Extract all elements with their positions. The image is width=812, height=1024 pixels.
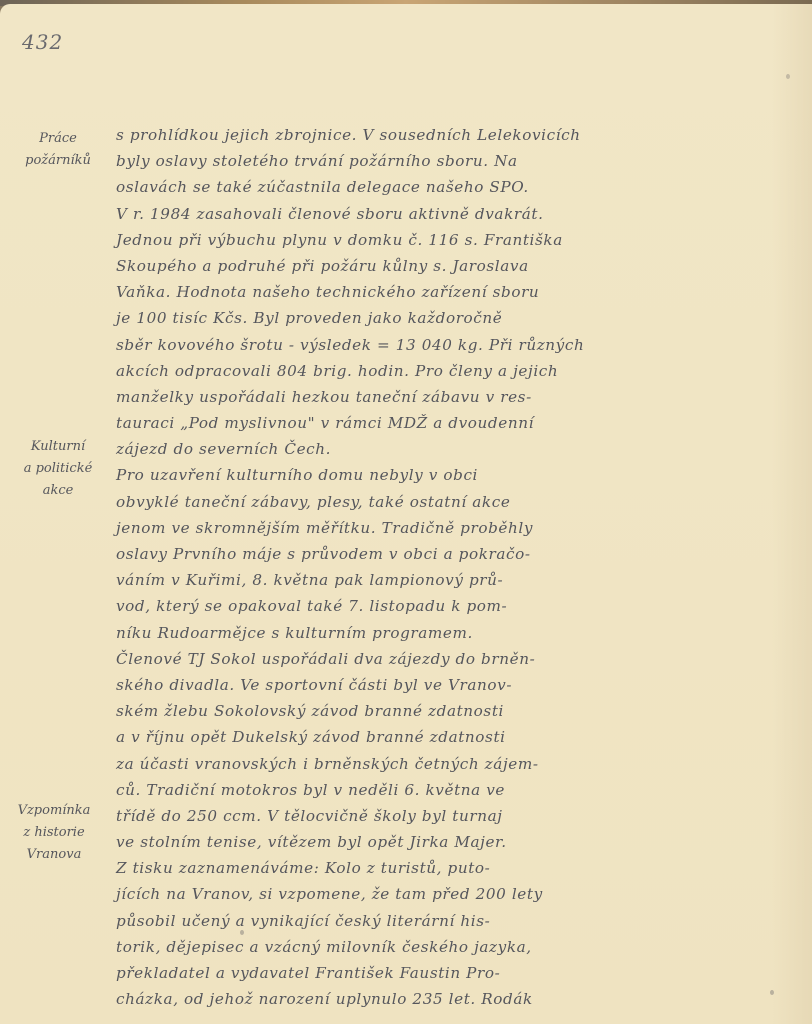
margin-note-prace-pozarniku: Práce požárníků (8, 128, 108, 172)
paper-spot (786, 74, 790, 79)
text-line: byly oslavy stoletého trvání požárního s… (116, 148, 716, 174)
text-line: torik, dějepisec a vzácný milovník české… (116, 934, 716, 960)
page-number: 432 (22, 30, 63, 54)
margin-note-line: akce (8, 480, 108, 502)
paper-spot (240, 930, 244, 935)
text-line: Vaňka. Hodnota našeho technického zaříze… (116, 279, 716, 305)
notebook-page: 432 Práce požárníků Kulturní a politické… (0, 4, 812, 1024)
text-line: třídě do 250 ccm. V tělocvičně školy byl… (116, 803, 716, 829)
text-line: Pro uzavření kulturního domu nebyly v ob… (116, 462, 716, 488)
text-line: zájezd do severních Čech. (116, 436, 716, 462)
text-line: Jednou při výbuchu plynu v domku č. 116 … (116, 227, 716, 253)
margin-note-line: a politické (8, 458, 108, 480)
text-line: je 100 tisíc Kčs. Byl proveden jako každ… (116, 305, 716, 331)
text-line: ského divadla. Ve sportovní části byl ve… (116, 672, 716, 698)
text-line: působil učený a vynikající český literár… (116, 908, 716, 934)
text-line: oslavy Prvního máje s průvodem v obci a … (116, 541, 716, 567)
text-line: jících na Vranov, si vzpomene, že tam př… (116, 881, 716, 907)
text-line: manželky uspořádali hezkou taneční zábav… (116, 384, 716, 410)
text-line: sběr kovového šrotu - výsledek = 13 040 … (116, 332, 716, 358)
margin-note-line: Vzpomínka (4, 800, 104, 822)
text-line: Skoupého a podruhé při požáru kůlny s. J… (116, 253, 716, 279)
margin-note-kulturni-akce: Kulturní a politické akce (8, 436, 108, 502)
margin-note-line: z historie (4, 822, 104, 844)
text-line: akcích odpracovali 804 brig. hodin. Pro … (116, 358, 716, 384)
margin-note-line: Vranova (4, 844, 104, 866)
text-line: níku Rudoarmějce s kulturním programem. (116, 620, 716, 646)
text-line: ském žlebu Sokolovský závod branné zdatn… (116, 698, 716, 724)
text-line: Z tisku zaznamenáváme: Kolo z turistů, p… (116, 855, 716, 881)
text-line: ve stolním tenise, vítězem byl opět Jirk… (116, 829, 716, 855)
text-line: a v říjnu opět Dukelský závod branné zda… (116, 724, 716, 750)
text-line: vod, který se opakoval také 7. listopadu… (116, 593, 716, 619)
handwritten-body: s prohlídkou jejich zbrojnice. V sousedn… (116, 122, 716, 1012)
text-line: překladatel a vydavatel František Fausti… (116, 960, 716, 986)
paper-spot (770, 990, 774, 995)
text-line: za účasti vranovských i brněnských četný… (116, 751, 716, 777)
margin-note-vzpominka: Vzpomínka z historie Vranova (4, 800, 104, 866)
text-line: oslavách se také zúčastnila delegace naš… (116, 174, 716, 200)
text-line: s prohlídkou jejich zbrojnice. V sousedn… (116, 122, 716, 148)
margin-note-line: Práce (8, 128, 108, 150)
text-line: Členové TJ Sokol uspořádali dva zájezdy … (116, 646, 716, 672)
text-line: V r. 1984 zasahovali členové sboru aktiv… (116, 201, 716, 227)
text-line: váním v Kuřimi, 8. května pak lampionový… (116, 567, 716, 593)
text-line: jenom ve skromnějším měřítku. Tradičně p… (116, 515, 716, 541)
text-line: obvyklé taneční zábavy, plesy, také osta… (116, 489, 716, 515)
margin-note-line: Kulturní (8, 436, 108, 458)
text-line: tauraci „Pod myslivnou" v rámci MDŽ a dv… (116, 410, 716, 436)
margin-note-line: požárníků (8, 150, 108, 172)
text-line: ců. Tradiční motokros byl v neděli 6. kv… (116, 777, 716, 803)
text-line: cházka, od jehož narození uplynulo 235 l… (116, 986, 716, 1012)
